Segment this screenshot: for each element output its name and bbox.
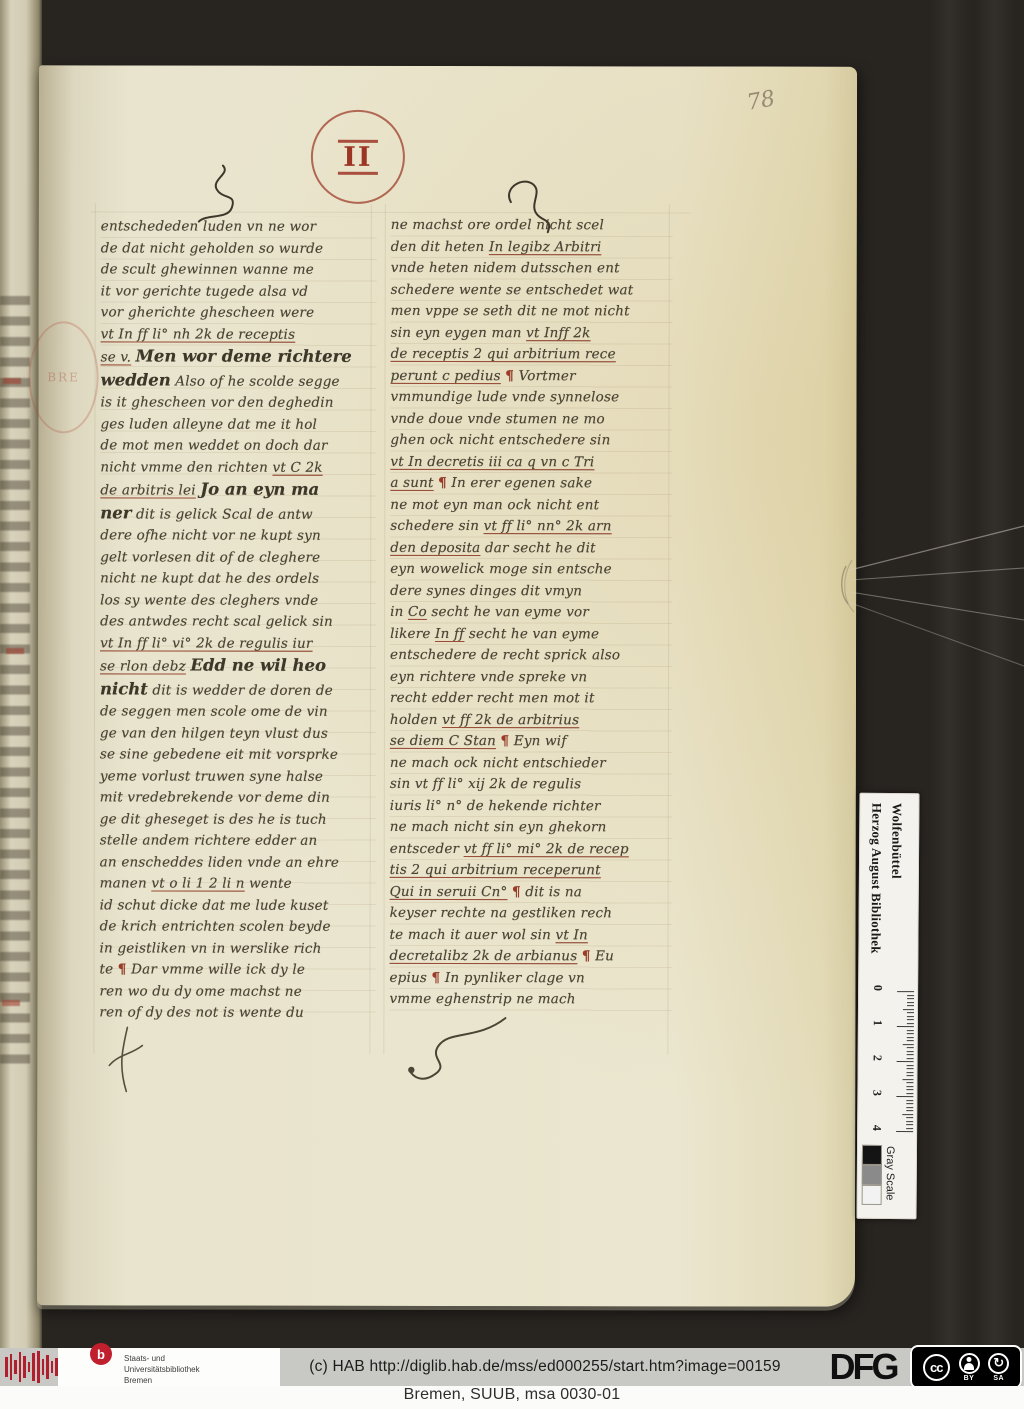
ruler-tick [896,1131,913,1132]
ruler-tick [902,1079,913,1080]
manuscript-line: dere ofhe nicht vor ne kupt syn [100,525,376,547]
ruler-tick [906,1093,913,1094]
ruler-tick [907,995,914,996]
bremen-logo-icon: b [90,1343,112,1365]
ruler-tick [907,1023,914,1024]
bremen-bars-logo [2,1348,58,1386]
manuscript-line: recht edder recht men mot it [390,688,672,710]
stamp-letters: BRE [47,370,80,384]
bremen-logo-line: Staats- und [124,1354,200,1365]
manuscript-line: ne mot eyn man ock nicht ent [390,494,672,516]
pen-flourish-bottom-right [405,1012,535,1098]
manuscript-line: in Co secht he van eyme vor [390,602,672,624]
manuscript-line: se diem C Stan ¶ Eyn wif [390,731,672,753]
manuscript-line: ne mach nicht sin eyn ghekorn [390,817,672,839]
ruler-tick [907,1002,914,1003]
manuscript-line: ges luden alleyne dat me it hol [100,414,376,436]
logo-bar [51,1361,54,1373]
manuscript-line: de seggen men scole ome de vin [100,701,376,723]
ruler-tick [906,1103,913,1104]
ruler-tick [907,998,914,999]
ruler-number: 0 [870,985,885,991]
manuscript-line: iuris li° n° de hekende richter [390,795,672,817]
manuscript-line: id schut dicke dat me lude kuset [100,895,376,917]
manuscript-line: wedden Also of he scolde segge [101,369,377,393]
pen-flourish-bottom-left [95,1023,157,1097]
manuscript-line: de krich entrichten scolen beyde [100,916,376,938]
manuscript-line: vnde doue vnde stumen ne mo [390,408,672,430]
ruler-tick [906,1089,913,1090]
manuscript-line: vt In decretis iii ca q vn c Tri [390,451,672,473]
manuscript-line: se rlon debz Edd ne wil heo [100,654,376,678]
manuscript-line: a sunt ¶ In erer egenen sake [390,473,672,495]
manuscript-line: de mot men weddet on doch dar [100,435,376,457]
library-ruler-strip: Herzog August Bibliothek Wolfenbüttel 01… [857,793,920,1219]
manuscript-line: nicht ne kupt dat he des ordels [100,568,376,590]
manuscript-line: entschededen luden vn ne wor [101,216,377,238]
gray-scale-black-square [862,1145,882,1165]
previous-page-text-fragment [0,296,30,1071]
ruler-tick [906,1086,913,1087]
ruler-number: 2 [870,1055,885,1061]
manuscript-column-right: ne machst ore ordel nicht scelden dit he… [389,215,672,1011]
shelfmark-caption: Bremen, SUUB, msa 0030-01 [0,1386,1024,1409]
ruler-title-line2: Wolfenbüttel [885,803,906,993]
ruler-tick [906,1121,913,1122]
ruler-tick [907,1047,914,1048]
manuscript-line: mit vredebrekende vor deme din [100,787,376,809]
manuscript-line: decretalibz 2k de arbianus ¶ Eu [390,946,672,968]
manuscript-line: keyser rechte na gestliken rech [390,903,672,925]
manuscript-line: se sine gebedene eit mit vorsprke [100,744,376,766]
ruler-tick [903,1044,914,1045]
manuscript-line: vmmundige lude vnde synnelose [390,387,672,409]
ruler-tick [896,1096,913,1097]
logo-bar [28,1362,31,1372]
page-holder-threads [830,508,1024,673]
ruler-number: 3 [869,1090,884,1096]
ruler-library-title: Herzog August Bibliothek Wolfenbüttel [865,803,907,993]
ruling-line [383,204,385,1054]
manuscript-line: los sy wente des cleghers vnde [100,590,376,612]
cc-by-label: BY [964,1375,975,1382]
cc-sa-label: SA [993,1375,1004,1382]
folio-number-pencil: 78 [745,86,777,115]
ruler-tick [902,1114,913,1115]
gray-scale-label: Gray Scale [884,1146,896,1201]
logo-bar [23,1356,26,1378]
ruler-tick [907,1019,914,1020]
margin-rubric-mark [6,648,24,654]
manuscript-line: ner dit is gelick Scal de antw [100,502,376,526]
manuscript-line: nicht dit is wedder de doren de [100,678,376,702]
manuscript-line: de scult ghewinnen wanne me [101,259,377,281]
ruler-title-line1: Herzog August Bibliothek [865,803,886,993]
ruler-tick [907,1016,914,1017]
manuscript-line: nicht vmme den richten vt C 2k [100,457,376,479]
manuscript-page: II 78 BRE entschededen luden vn ne worde… [37,65,857,1306]
cc-sa-icon: ↻ [988,1353,1009,1374]
manuscript-line: in geistliken vn in werslike rich [100,938,376,960]
manuscript-line: ghen ock nicht entschedere sin [390,430,672,452]
margin-rubric-mark [2,1000,20,1006]
manuscript-line: vmme eghenstrip ne mach [389,989,671,1011]
manuscript-line: perunt c pedius ¶ Vortmer [391,365,673,387]
copyright-url-text: (c) HAB http://diglib.hab.de/mss/ed00025… [280,1348,810,1386]
ruler-tick [907,1072,914,1073]
ruler-tick [907,1005,914,1006]
ruler-tick [907,1030,914,1031]
manuscript-line: se v. Men wor deme richtere [101,345,377,369]
ruler-number: 1 [870,1020,885,1026]
background-streak [975,0,1015,1409]
manuscript-line: an enscheddes liden vnde an ehre [100,852,376,874]
gray-scale-gray-square [862,1165,882,1185]
ruling-line [91,211,691,213]
ruler-tick [907,1068,914,1069]
ruler-scale: 01234 [887,991,916,1143]
ruler-tick [897,1026,914,1027]
margin-rubric-mark [3,378,21,384]
dfg-logo: DFG [818,1345,908,1389]
manuscript-line: stelle andem richtere edder an [100,830,376,852]
ruler-tick [907,1037,914,1038]
manuscript-line: sin eyn eygen man vt Inff 2k [391,322,673,344]
manuscript-line: sin vt ff li° xij 2k de regulis [390,774,672,796]
ruler-tick [897,1061,914,1062]
manuscript-line: den deposita dar secht he dit [390,537,672,559]
logo-bar [46,1355,49,1379]
manuscript-line: is it ghescheen vor den deghedin [100,392,376,414]
manuscript-line: schedere wente se entschedet wat [391,279,673,301]
quire-number-circle: II [311,110,405,204]
manuscript-line: entschedere de recht sprick also [390,645,672,667]
manuscript-line: entsceder vt ff li° mi° 2k de recep [390,838,672,860]
ruler-tick [907,1075,914,1076]
gray-scale-patch [862,1145,882,1205]
library-stamp-faded: BRE [28,321,98,433]
manuscript-line: vor gherichte ghescheen were [101,302,377,324]
manuscript-line: te mach it auer wol sin vt In [390,924,672,946]
logo-bar [10,1354,13,1380]
ruler-tick [906,1082,913,1083]
manuscript-scan-photo: II 78 BRE entschededen luden vn ne worde… [0,0,1024,1409]
manuscript-line: ne mach ock nicht entschieder [390,752,672,774]
ruler-tick [907,1051,914,1052]
ruler-tick [906,1117,913,1118]
ruler-tick [907,1033,914,1034]
cc-by-icon [959,1353,980,1374]
bremen-logo-initial: b [97,1347,105,1362]
ruler-tick [906,1100,913,1101]
ruler-tick [906,1124,913,1125]
ruler-tick [907,1012,914,1013]
logo-bar [37,1351,40,1383]
manuscript-line: vnde heten nidem dutsschen ent [391,258,673,280]
manuscript-line: ge dit gheseget is des he is tuch [100,809,376,831]
logo-bar [14,1360,17,1374]
manuscript-line: vt In ff li° vi° 2k de regulis iur [100,633,376,655]
manuscript-line: de receptis 2 qui arbitrium rece [391,344,673,366]
ruler-tick [903,1009,914,1010]
bremen-logo-text: Staats- und Universitätsbibliothek Breme… [124,1354,200,1386]
manuscript-line: des antwdes recht scal gelick sin [100,611,376,633]
manuscript-line: schedere sin vt ff li° nn° 2k arn [390,516,672,538]
background-streak [930,0,970,1409]
ruler-tick [906,1128,913,1129]
manuscript-line: manen vt o li 1 2 li n wente [100,873,376,895]
manuscript-column-left: entschededen luden vn ne worde dat nicht… [99,216,376,1024]
logo-bar [5,1357,8,1377]
ruler-tick [907,1040,914,1041]
gray-scale-white-square [862,1185,882,1205]
footer-bar: b Staats- und Universitätsbibliothek Bre… [0,1348,1024,1386]
manuscript-line: ge van den hilgen teyn vlust dus [100,723,376,745]
logo-bar [19,1352,22,1382]
cc-icon-text: cc [930,1360,942,1375]
manuscript-line: de arbitris lei Jo an eyn ma [100,478,376,502]
bremen-logo-line: Bremen [124,1376,200,1387]
ruler-tick [907,1054,914,1055]
cc-icon: cc [923,1354,950,1381]
manuscript-line: epius ¶ In pynliker clage vn [389,967,671,989]
logo-bar [32,1353,35,1381]
manuscript-line: men vppe se seth dit ne mot nicht [391,301,673,323]
manuscript-line: holden vt ff 2k de arbitrius [390,709,672,731]
ruler-tick [906,1107,913,1108]
ruler-number: 4 [869,1125,884,1131]
manuscript-line: it vor gerichte tugede alsa vd [101,281,377,303]
manuscript-line: eyn richtere vnde spreke vn [390,666,672,688]
manuscript-line: ren of dy des not is wente du [99,1002,375,1024]
ruler-tick [907,1065,914,1066]
quire-numeral: II [338,139,377,174]
creative-commons-badge: cc BY ↻ SA [910,1345,1022,1389]
manuscript-line: den dit heten In legibz Arbitri [391,236,673,258]
manuscript-line: tis 2 qui arbitrium receperunt [390,860,672,882]
ruler-tick [906,1110,913,1111]
manuscript-line: ren wo du dy ome machst ne [99,981,375,1003]
manuscript-line: vt In ff li° nh 2k de receptis [101,324,377,346]
manuscript-line: dere synes dinges dit vmyn [390,580,672,602]
manuscript-line: yeme vorlust truwen syne halse [100,766,376,788]
previous-page-edge [0,0,42,1348]
manuscript-line: gelt vorlesen dit of de cleghere [100,547,376,569]
bremen-logo-line: Universitätsbibliothek [124,1365,200,1376]
ruler-tick [907,1058,914,1059]
manuscript-line: Qui in seruii Cn° ¶ dit is na [390,881,672,903]
logo-bar [42,1359,45,1375]
manuscript-line: ne machst ore ordel nicht scel [391,215,673,237]
manuscript-line: de dat nicht geholden so wurde [101,238,377,260]
manuscript-line: eyn wowelick moge sin entsche [390,559,672,581]
ruler-tick [897,991,914,992]
manuscript-line: te ¶ Dar vmme wille ick dy le [99,959,375,981]
ruling-line [93,203,95,1053]
manuscript-line: likere In ff secht he van eyme [390,623,672,645]
